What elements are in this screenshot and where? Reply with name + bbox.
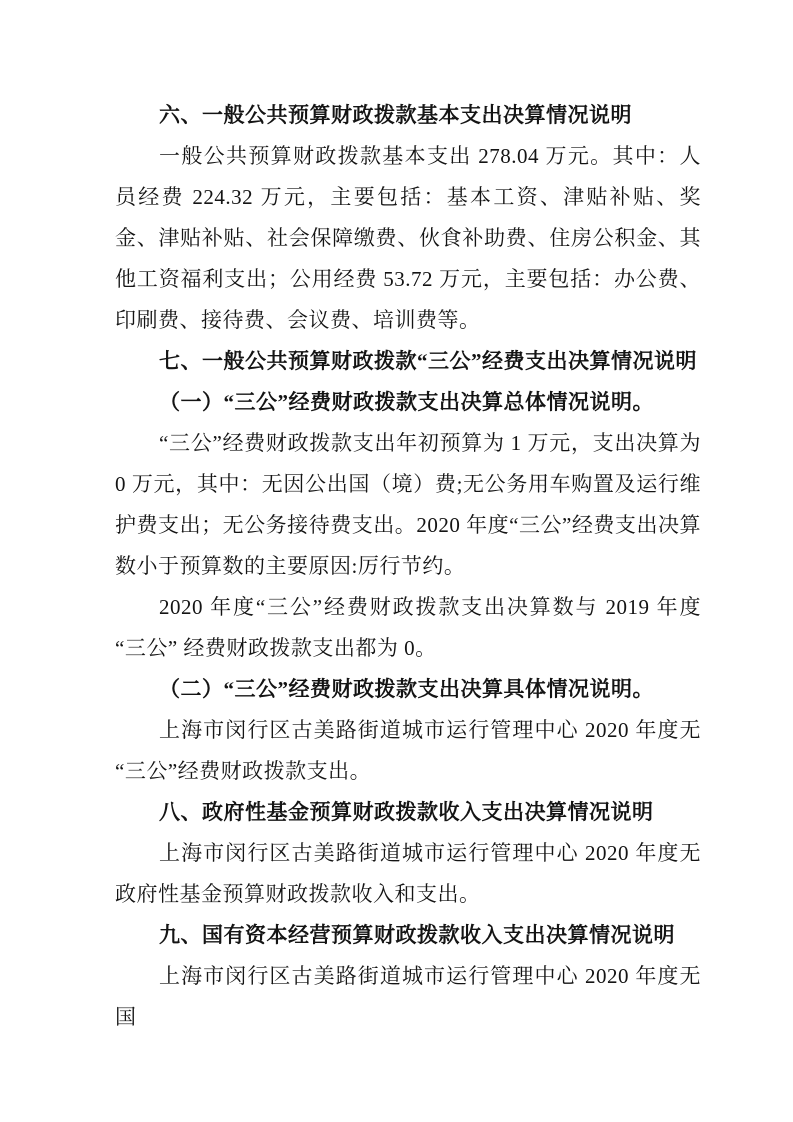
section-7-1-paragraph-1: “三公”经费财政拨款支出年初预算为 1 万元，支出决算为 0 万元，其中：无因公… — [115, 423, 701, 587]
section-8-heading: 八、政府性基金预算财政拨款收入支出决算情况说明 — [115, 792, 701, 833]
section-7-1-paragraph-2: 2020 年度“三公”经费财政拨款支出决算数与 2019 年度“三公” 经费财政… — [115, 587, 701, 669]
section-8-paragraph: 上海市闵行区古美路街道城市运行管理中心 2020 年度无政府性基金预算财政拨款收… — [115, 833, 701, 915]
section-7-2-paragraph: 上海市闵行区古美路街道城市运行管理中心 2020 年度无“三公”经费财政拨款支出… — [115, 710, 701, 792]
section-9-paragraph-truncated: 上海市闵行区古美路街道城市运行管理中心 2020 年度无国 — [115, 956, 701, 1038]
section-9-heading: 九、国有资本经营预算财政拨款收入支出决算情况说明 — [115, 915, 701, 956]
document-page: 六、一般公共预算财政拨款基本支出决算情况说明一般公共预算财政拨款基本支出 278… — [0, 0, 793, 1122]
section-7-heading: 七、一般公共预算财政拨款“三公”经费支出决算情况说明 — [115, 341, 701, 382]
document-content: 六、一般公共预算财政拨款基本支出决算情况说明一般公共预算财政拨款基本支出 278… — [115, 95, 701, 1038]
section-6-paragraph: 一般公共预算财政拨款基本支出 278.04 万元。其中：人员经费 224.32 … — [115, 136, 701, 341]
section-6-heading: 六、一般公共预算财政拨款基本支出决算情况说明 — [115, 95, 701, 136]
section-7-2-subheading: （二）“三公”经费财政拨款支出决算具体情况说明。 — [115, 669, 701, 710]
section-7-1-subheading: （一）“三公”经费财政拨款支出决算总体情况说明。 — [115, 382, 701, 423]
